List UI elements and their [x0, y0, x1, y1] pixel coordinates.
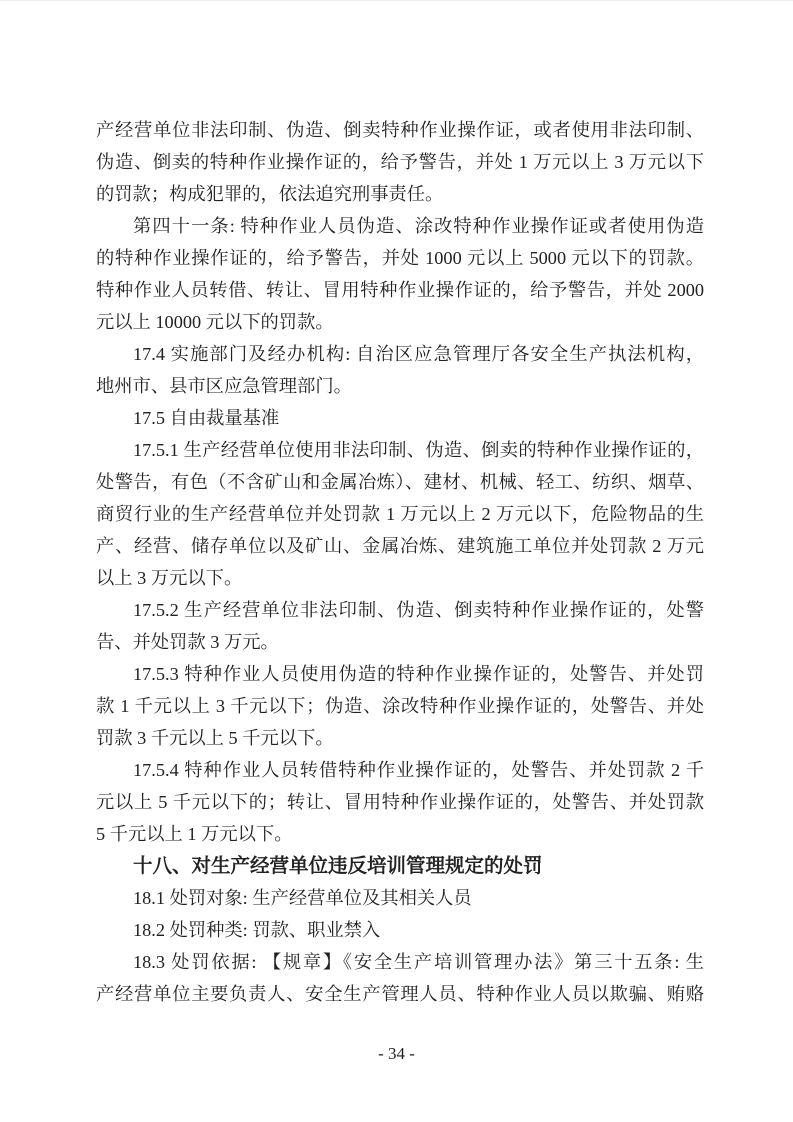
text-line: 以上 3 万元以下。: [96, 562, 704, 594]
document-body: 产经营单位非法印制、伪造、倒卖特种作业操作证，或者使用非法印制、 伪造、倒卖的特…: [96, 114, 704, 1010]
text-line: 告、并处罚款 3 万元。: [96, 626, 704, 658]
text-line: 的罚款；构成犯罪的，依法追究刑事责任。: [96, 178, 704, 210]
text-line: 的特种作业操作证的，给予警告，并处 1000 元以上 5000 元以下的罚款。: [96, 242, 704, 274]
text-line: 5 千元以上 1 万元以下。: [96, 818, 704, 850]
text-line: 商贸行业的生产经营单位并处罚款 1 万元以上 2 万元以下，危险物品的生: [96, 498, 704, 530]
text-line: 18.1 处罚对象: 生产经营单位及其相关人员: [96, 882, 704, 914]
text-line: 第四十一条: 特种作业人员伪造、涂改特种作业操作证或者使用伪造: [96, 210, 704, 242]
text-line: 17.5.3 特种作业人员使用伪造的特种作业操作证的，处警告、并处罚: [96, 658, 704, 690]
section-heading: 十八、对生产经营单位违反培训管理规定的处罚: [96, 850, 704, 882]
text-line: 元以上 10000 元以下的罚款。: [96, 306, 704, 338]
text-line: 17.5.1 生产经营单位使用非法印制、伪造、倒卖的特种作业操作证的，: [96, 434, 704, 466]
text-line: 18.2 处罚种类: 罚款、职业禁入: [96, 914, 704, 946]
document-page: 产经营单位非法印制、伪造、倒卖特种作业操作证，或者使用非法印制、 伪造、倒卖的特…: [0, 0, 793, 1122]
text-line: 18.3 处罚依据: 【规章】《安全生产培训管理办法》第三十五条: 生: [96, 946, 704, 978]
text-line: 处警告，有色（不含矿山和金属冶炼）、建材、机械、轻工、纺织、烟草、: [96, 466, 704, 498]
text-line: 伪造、倒卖的特种作业操作证的，给予警告，并处 1 万元以上 3 万元以下: [96, 146, 704, 178]
scan-edge-artifact: [0, 0, 793, 1]
text-line: 特种作业人员转借、转让、冒用特种作业操作证的，给予警告，并处 2000: [96, 274, 704, 306]
text-line: 罚款 3 千元以上 5 千元以下。: [96, 722, 704, 754]
text-line: 产、经营、储存单位以及矿山、金属冶炼、建筑施工单位并处罚款 2 万元: [96, 530, 704, 562]
text-line: 产经营单位非法印制、伪造、倒卖特种作业操作证，或者使用非法印制、: [96, 114, 704, 146]
text-line: 产经营单位主要负责人、安全生产管理人员、特种作业人员以欺骗、贿赂: [96, 978, 704, 1010]
text-line: 地州市、县市区应急管理部门。: [96, 370, 704, 402]
text-line: 17.5.2 生产经营单位非法印制、伪造、倒卖特种作业操作证的，处警: [96, 594, 704, 626]
text-line: 17.5 自由裁量基准: [96, 402, 704, 434]
text-line: 17.4 实施部门及经办机构: 自治区应急管理厅各安全生产执法机构，: [96, 338, 704, 370]
text-line: 元以上 5 千元以下的；转让、冒用特种作业操作证的，处警告、并处罚款: [96, 786, 704, 818]
text-line: 款 1 千元以上 3 千元以下；伪造、涂改特种作业操作证的，处警告、并处: [96, 690, 704, 722]
page-number: - 34 -: [0, 1042, 793, 1066]
text-line: 17.5.4 特种作业人员转借特种作业操作证的，处警告、并处罚款 2 千: [96, 754, 704, 786]
